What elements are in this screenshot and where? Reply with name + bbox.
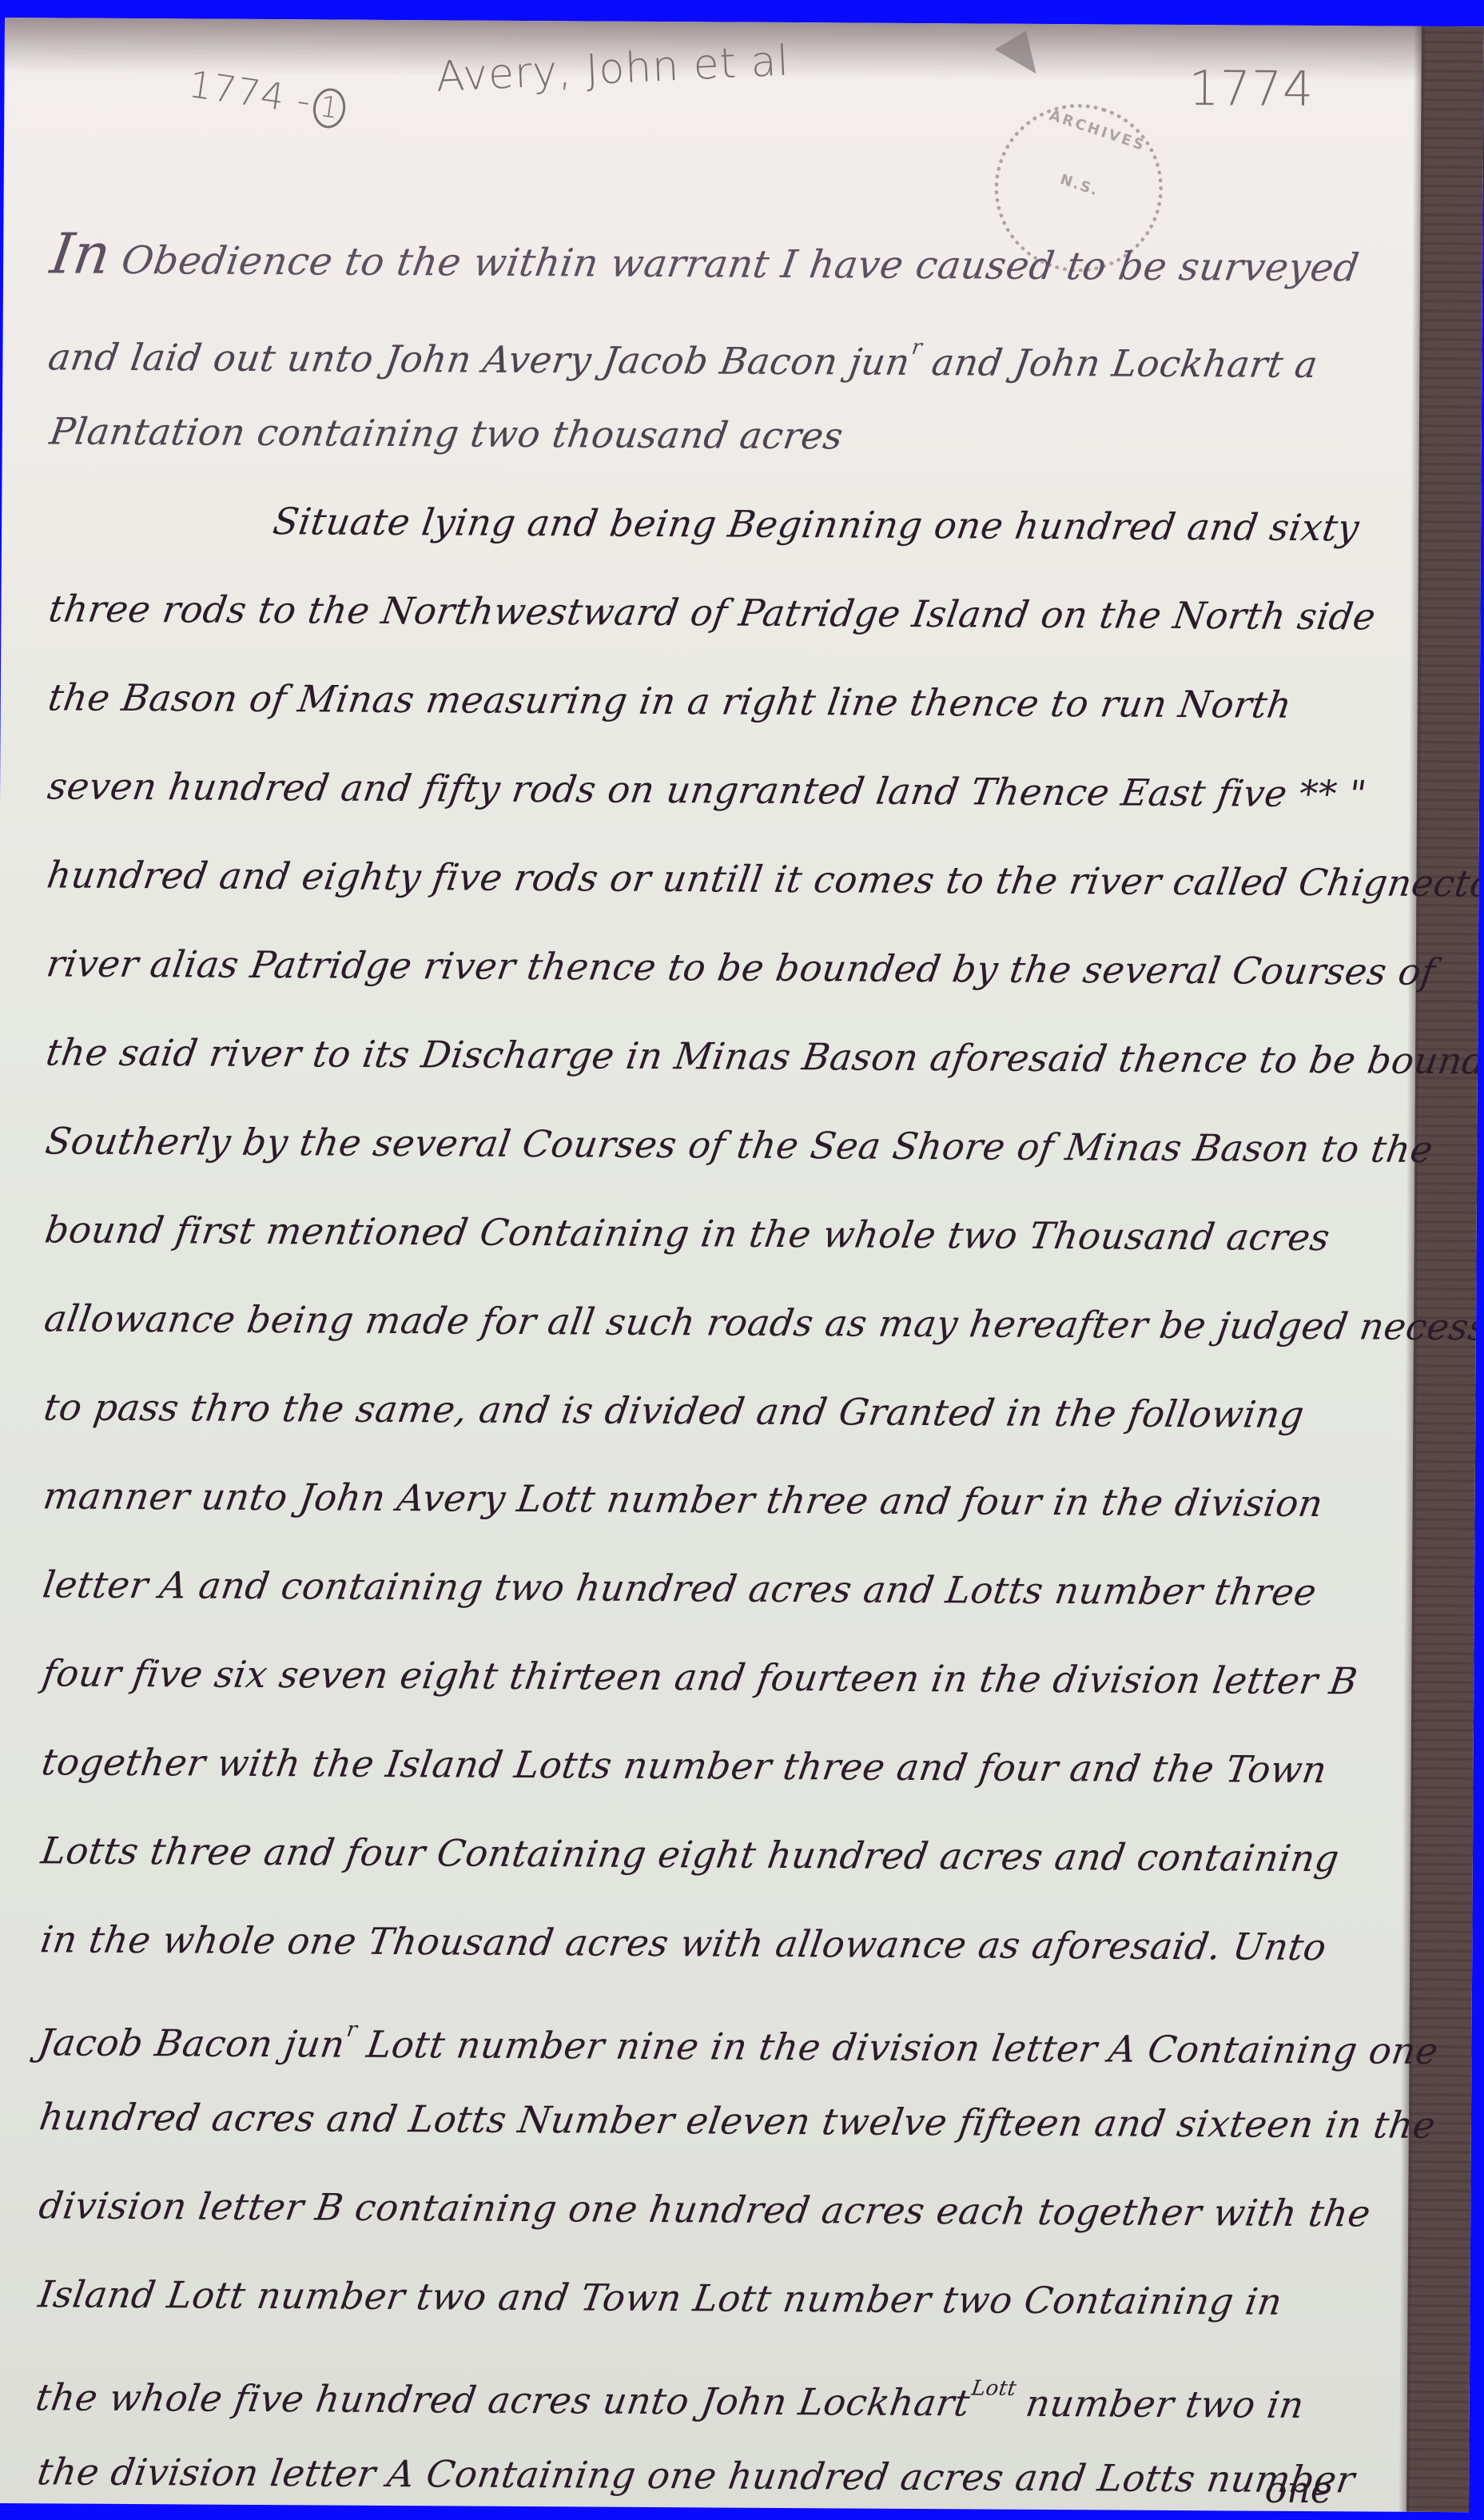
manuscript-line: letter A and containing two hundred acre… bbox=[37, 1540, 1392, 1637]
manuscript-line: river alias Patridge river thence to be … bbox=[41, 919, 1396, 1016]
reference-number: 1774 - bbox=[186, 62, 315, 123]
manuscript-line: the said river to its Discharge in Minas… bbox=[40, 1008, 1395, 1105]
year-annotation: 1774 bbox=[1188, 61, 1314, 117]
manuscript-line: Southerly by the several Courses of the … bbox=[39, 1097, 1394, 1193]
manuscript-line: to pass thro the same, and is divided an… bbox=[38, 1363, 1393, 1459]
stamp-center-text: N.S. bbox=[1001, 152, 1158, 218]
manuscript-line: the division letter A Containing one hun… bbox=[31, 2427, 1387, 2512]
manuscript-line: bound first mentioned Containing in the … bbox=[39, 1185, 1394, 1282]
grantee-name-annotation: Avery, John et al bbox=[435, 37, 790, 101]
manuscript-line: hundred and eighty five rods or untill i… bbox=[41, 830, 1396, 927]
manuscript-line: Lotts three and four Containing eight hu… bbox=[35, 1806, 1391, 1903]
manuscript-line: together with the Island Lotts number th… bbox=[36, 1718, 1391, 1814]
manuscript-line: three rods to the Northwestward of Patri… bbox=[42, 564, 1398, 661]
manuscript-line: the Bason of Minas measuring in a right … bbox=[42, 653, 1398, 750]
manuscript-line: seven hundred and fifty rods on ungrante… bbox=[42, 742, 1397, 838]
circled-item-number: 1 bbox=[311, 86, 348, 130]
manuscript-line: the whole five hundred acres unto John L… bbox=[32, 2339, 1387, 2435]
archival-reference-annotation: 1774 -1 bbox=[185, 62, 348, 130]
manuscript-line: and laid out unto John Avery Jacob Bacon… bbox=[44, 298, 1399, 395]
manuscript-page: 1774 -1 Avery, John et al 1774 ARCHIVES … bbox=[0, 18, 1484, 2512]
page-content: 1774 -1 Avery, John et al 1774 ARCHIVES … bbox=[0, 18, 1427, 2512]
manuscript-line: allowance being made for all such roads … bbox=[38, 1274, 1394, 1371]
manuscript-line: Situate lying and being Beginning one hu… bbox=[43, 476, 1398, 572]
manuscript-line: hundred acres and Lotts Number eleven tw… bbox=[34, 2072, 1389, 2169]
manuscript-line: in the whole one Thousand acres with all… bbox=[34, 1895, 1390, 1992]
manuscript-line: manner unto John Avery Lott number three… bbox=[38, 1451, 1393, 1548]
manuscript-line: division letter B containing one hundred… bbox=[33, 2161, 1388, 2258]
manuscript-line: Island Lott number two and Town Lott num… bbox=[32, 2250, 1387, 2347]
manuscript-body: In Obedience to the within warrant I hav… bbox=[38, 209, 1394, 2512]
manuscript-line: Jacob Bacon junr Lott number nine in the… bbox=[34, 1984, 1389, 2080]
catchword: one bbox=[1264, 2468, 1332, 2512]
manuscript-line: Plantation containing two thousand acres bbox=[44, 387, 1399, 484]
manuscript-line: In Obedience to the within warrant I hav… bbox=[45, 209, 1400, 306]
corner-stamp-mark bbox=[995, 22, 1052, 74]
scan-frame: 1774 -1 Avery, John et al 1774 ARCHIVES … bbox=[0, 0, 1484, 2520]
stamp-ring-text: ARCHIVES bbox=[1019, 98, 1176, 164]
manuscript-line: four five six seven eight thirteen and f… bbox=[36, 1629, 1391, 1726]
drop-cap: In bbox=[46, 221, 115, 286]
